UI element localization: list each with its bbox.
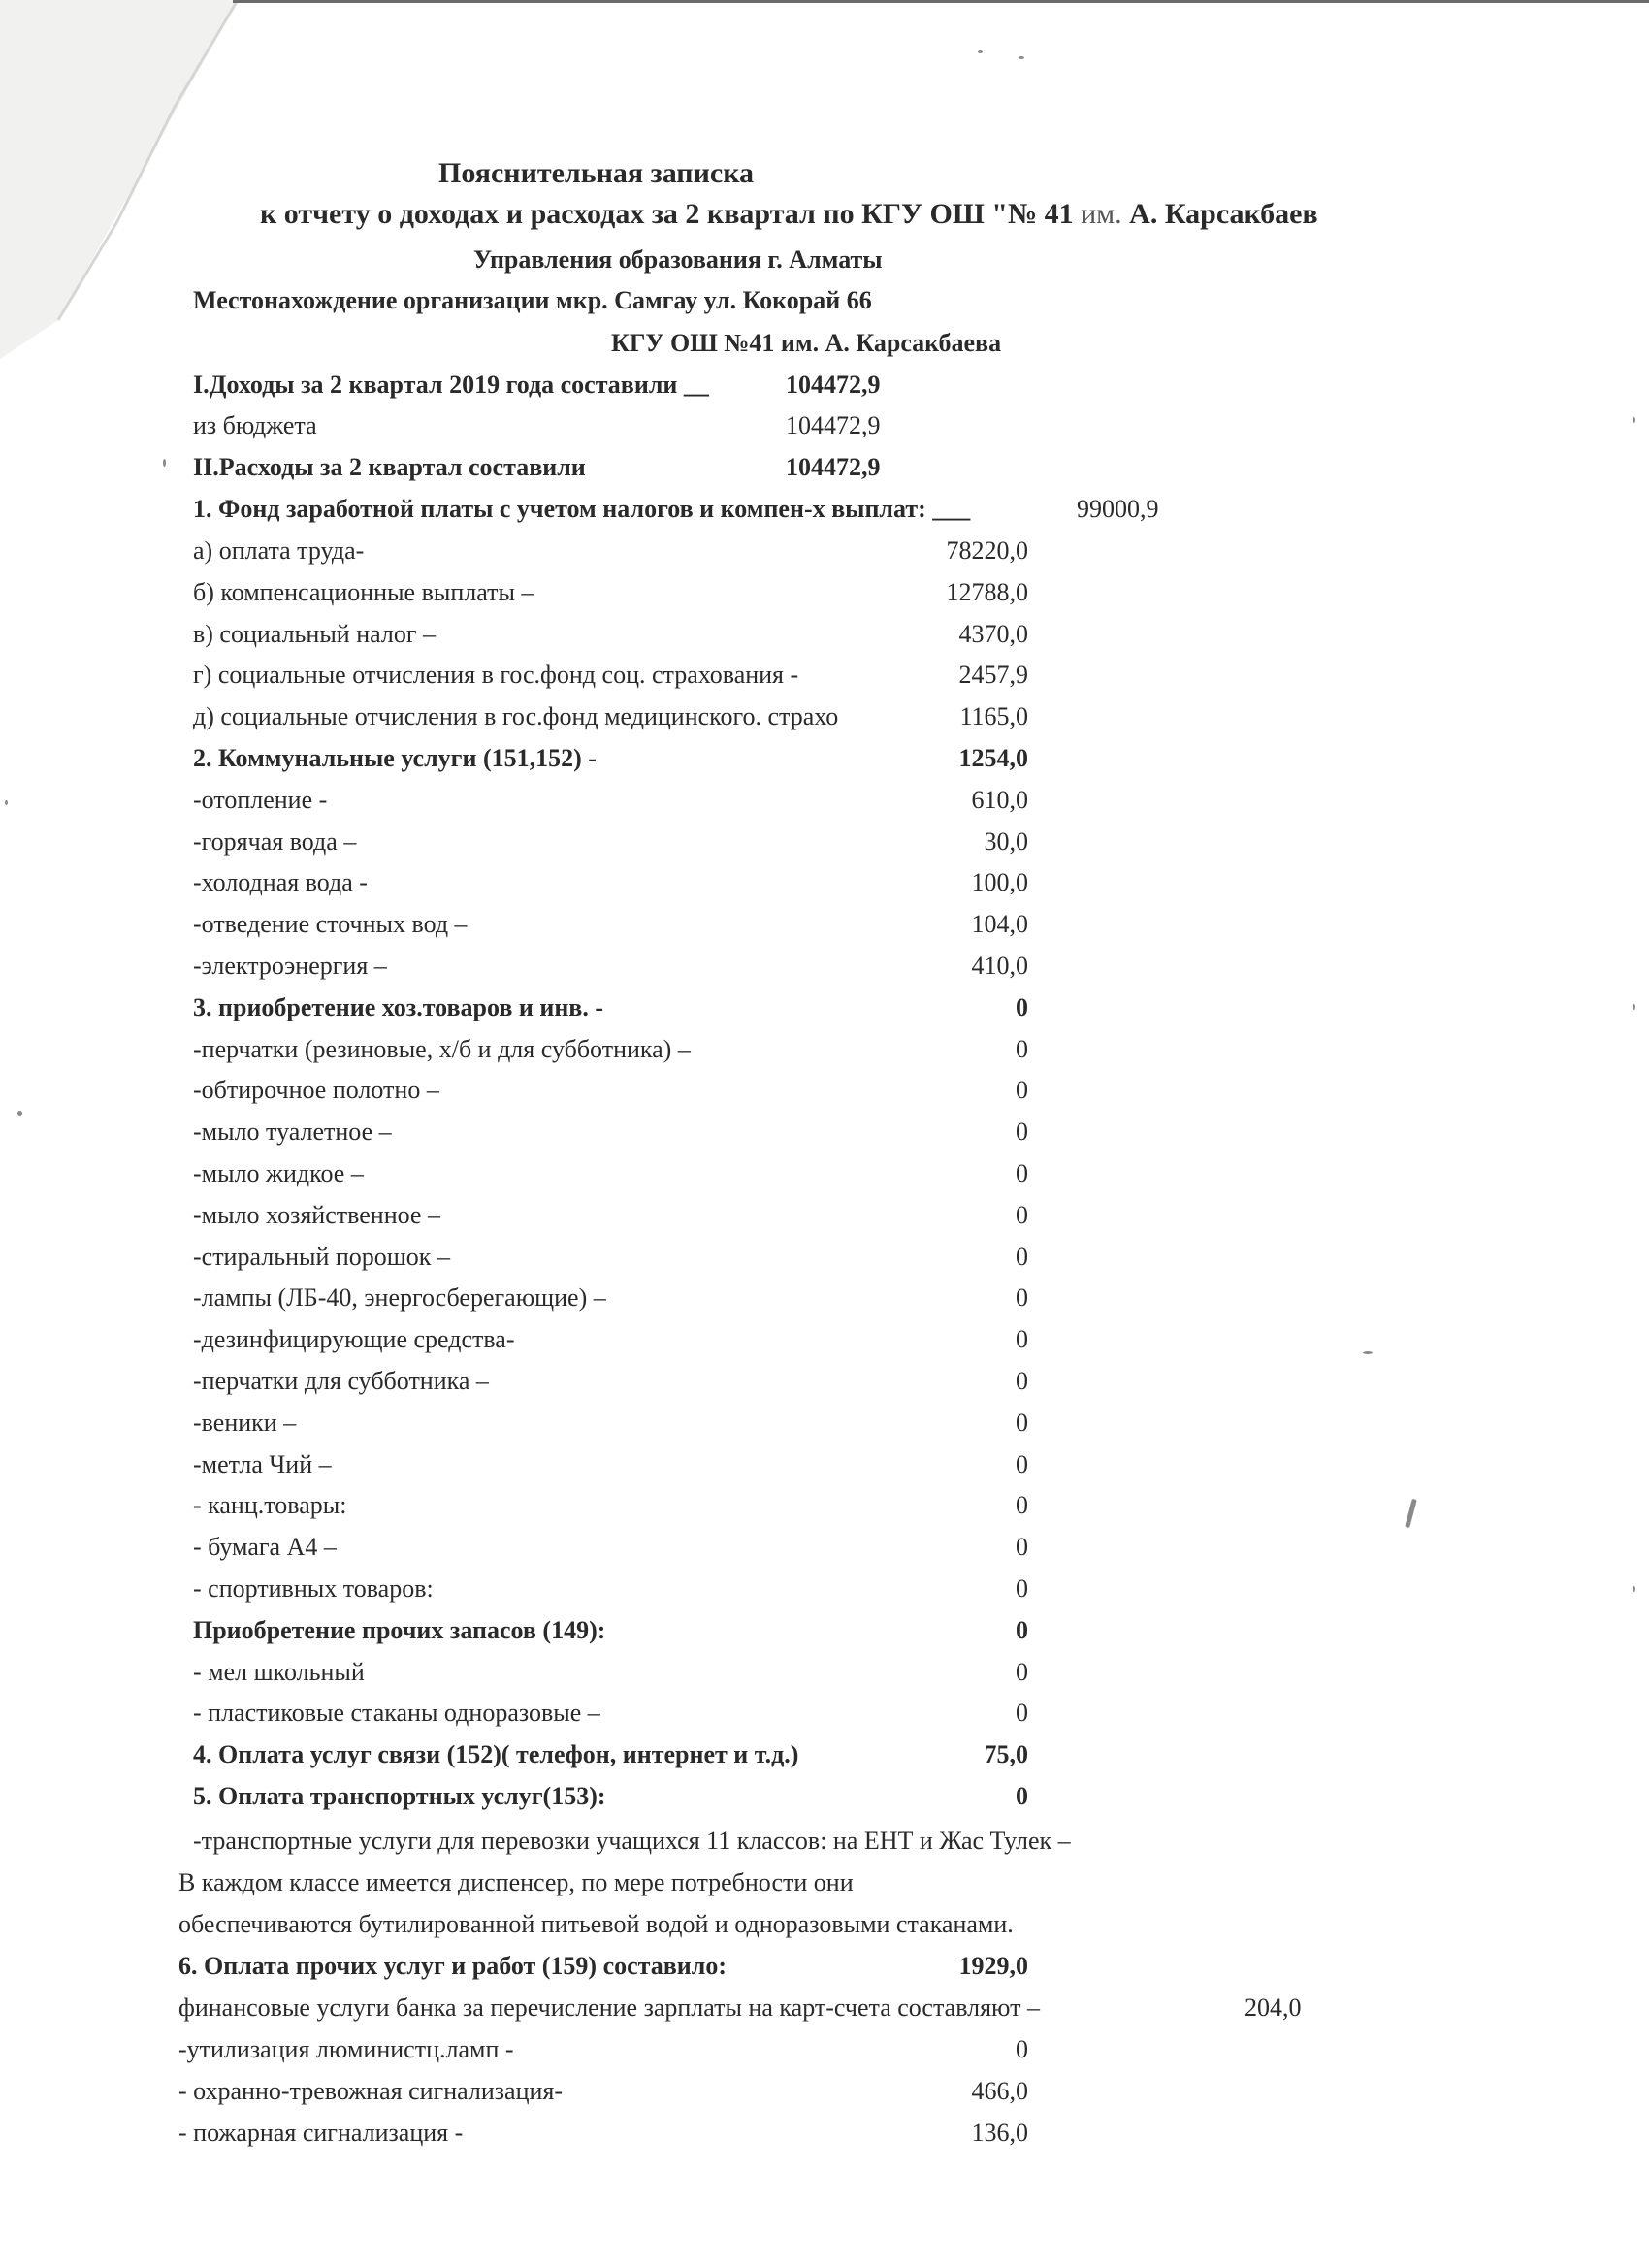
line-item-value: 0 (834, 1243, 1028, 1272)
scan-speck (5, 800, 8, 805)
line-item-value: 0 (834, 2035, 1028, 2064)
transport-note-1: -транспортные услуги для перевозки учащи… (193, 1827, 1071, 1856)
line-item-value: 75,0 (834, 1740, 1028, 1769)
line-item-label: -лампы (ЛБ-40, энергосберегающие) – (193, 1283, 606, 1312)
line-item-label: -перчатки для субботника – (193, 1367, 489, 1396)
line-item-value: 12788,0 (834, 578, 1028, 607)
other-services-value: 1929,0 (873, 1952, 1028, 1981)
line-item-label: -дезинфицирующие средства- (193, 1325, 515, 1354)
line-item-value: 0 (834, 1367, 1028, 1396)
document-subtitle: к отчету о доходах и расходах за 2 кварт… (260, 200, 1318, 229)
line-item-value: 1165,0 (834, 702, 1028, 731)
line-item-value: 0 (834, 1201, 1028, 1230)
payroll-value: 99000,9 (1077, 495, 1159, 524)
line-item-label: -отведение сточных вод – (193, 910, 468, 939)
line-item-label: 5. Оплата транспортных услуг(153): (193, 1782, 606, 1811)
line-item-value: 4370,0 (834, 620, 1028, 649)
scan-speck (1633, 1004, 1635, 1010)
income-label: I.Доходы за 2 квартал 2019 года составил… (193, 371, 709, 400)
line-item-label: 4. Оплата услуг связи (152)( телефон, ин… (193, 1740, 798, 1769)
department-name: Управления образования г. Алматы (473, 245, 883, 275)
scan-speck (1633, 417, 1635, 423)
line-item-label: - канц.товары: (193, 1491, 346, 1520)
payroll-label: 1. Фонд заработной платы с учетом налого… (193, 495, 970, 524)
transport-note-2: В каждом классе имеется диспенсер, по ме… (178, 1868, 854, 1897)
line-item-value: 100,0 (834, 868, 1028, 897)
organization-location: Местонахождение организации мкр. Самгау … (193, 286, 872, 315)
line-item-label: -стиральный порошок – (193, 1243, 450, 1272)
line-item-value: 104,0 (834, 910, 1028, 939)
scan-speck (1405, 1499, 1417, 1528)
line-item-label: -мыло жидкое – (193, 1159, 364, 1188)
transport-note-3: обеспечиваются бутилированной питьевой в… (178, 1910, 1014, 1939)
organization-name: КГУ ОШ №41 им. А. Карсакбаева (611, 329, 1001, 358)
subtitle-tail: А. Карсакбаев (1122, 198, 1318, 230)
line-item-value: 1254,0 (834, 744, 1028, 773)
bank-services-value: 204,0 (1245, 1993, 1302, 2023)
line-item-value: 466,0 (834, 2077, 1028, 2106)
line-item-value: 0 (834, 1450, 1028, 1479)
line-item-label: -мыло туалетное – (193, 1118, 392, 1147)
line-item-value: 2457,9 (834, 661, 1028, 690)
line-item-label: - мел школьный (193, 1658, 365, 1687)
line-item-label: 2. Коммунальные услуги (151,152) - (193, 744, 597, 773)
line-item-label: -перчатки (резиновые, х/б и для субботни… (193, 1035, 691, 1064)
line-item-value: 0 (834, 1159, 1028, 1188)
line-item-value: 0 (834, 1283, 1028, 1312)
line-item-value: 136,0 (834, 2119, 1028, 2148)
line-item-label: -отопление - (193, 786, 327, 815)
line-item-value: 30,0 (834, 827, 1028, 857)
line-item-label: - бумага А4 – (193, 1533, 337, 1562)
bank-services-label: финансовые услуги банка за перечисление … (178, 1993, 1040, 2023)
income-value: 104472,9 (786, 371, 881, 400)
line-item-value: 0 (834, 993, 1028, 1022)
line-item-value: 78220,0 (834, 536, 1028, 566)
line-item-value: 0 (834, 1533, 1028, 1562)
line-item-value: 0 (834, 1118, 1028, 1147)
budget-value: 104472,9 (786, 411, 881, 440)
line-item-label: 3. приобретение хоз.товаров и инв. - (193, 993, 603, 1022)
line-item-value: 0 (834, 1035, 1028, 1064)
other-services-label: 6. Оплата прочих услуг и работ (159) сос… (178, 1952, 727, 1981)
expenses-label: II.Расходы за 2 квартал составили (193, 453, 586, 482)
budget-label: из бюджета (193, 411, 317, 440)
line-item-value: 0 (834, 1076, 1028, 1105)
subtitle-im: им. (1081, 198, 1122, 230)
line-item-value: 0 (834, 1699, 1028, 1728)
line-item-value: 0 (834, 1409, 1028, 1438)
scan-speck (1018, 56, 1024, 59)
line-item-value: 0 (834, 1325, 1028, 1354)
line-item-label: д) социальные отчисления в гос.фонд меди… (193, 702, 891, 731)
scan-speck (978, 50, 983, 53)
document-title: Пояснительная записка (438, 159, 754, 188)
subtitle-main: к отчету о доходах и расходах за 2 кварт… (260, 198, 1081, 230)
line-item-value: 0 (834, 1574, 1028, 1604)
line-item-label: -веники – (193, 1409, 296, 1438)
line-item-label: - охранно-тревожная сигнализация- (178, 2077, 563, 2106)
scan-speck (163, 459, 166, 467)
scan-speck (1363, 1351, 1373, 1354)
line-item-label: -электроэнергия – (193, 952, 387, 981)
scan-speck (17, 1111, 22, 1116)
line-item-label: Приобретение прочих запасов (149): (193, 1616, 605, 1645)
line-item-label: -утилизация люминистц.ламп - (178, 2035, 514, 2064)
line-item-label: а) оплата труда- (193, 536, 364, 566)
line-item-label: г) социальные отчисления в гос.фонд соц.… (193, 661, 798, 690)
expenses-value: 104472,9 (786, 453, 881, 482)
line-item-label: - пластиковые стаканы одноразовые – (193, 1699, 600, 1728)
line-item-label: б) компенсационные выплаты – (193, 578, 533, 607)
line-item-value: 0 (834, 1616, 1028, 1645)
line-item-value: 0 (834, 1782, 1028, 1811)
line-item-label: - пожарная сигнализация - (178, 2119, 463, 2148)
line-item-label: - спортивных товаров: (193, 1574, 434, 1604)
line-item-label: -горячая вода – (193, 827, 356, 857)
line-item-value: 0 (834, 1491, 1028, 1520)
line-item-label: -мыло хозяйственное – (193, 1201, 440, 1230)
line-item-label: -холодная вода - (193, 868, 368, 897)
scan-speck (1633, 1586, 1635, 1592)
line-item-value: 410,0 (834, 952, 1028, 981)
line-item-label: в) социальный налог – (193, 620, 436, 649)
line-item-value: 0 (834, 1658, 1028, 1687)
line-item-label: -метла Чий – (193, 1450, 332, 1479)
line-item-label: -обтирочное полотно – (193, 1076, 439, 1105)
line-item-value: 610,0 (834, 786, 1028, 815)
page-top-edge (233, 0, 1649, 3)
